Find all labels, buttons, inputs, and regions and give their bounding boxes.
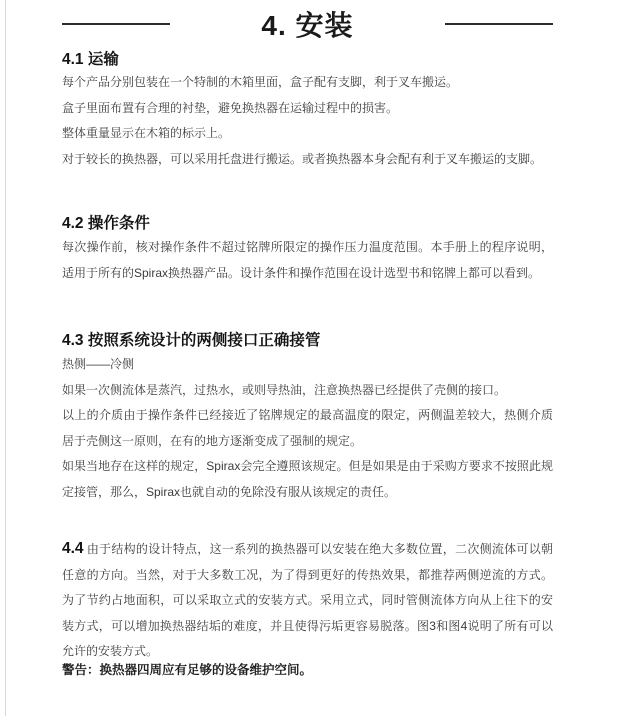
paragraph: 对于较长的换热器，可以采用托盘进行搬运。或者换热器本身会配有利于叉车搬运的支脚。: [62, 147, 553, 173]
section-4-2-body: 每次操作前，核对操作条件不超过铭牌所限定的操作压力温度范围。本手册上的程序说明，…: [62, 235, 553, 286]
section-4-2-heading: 4.2 操作条件: [62, 214, 553, 234]
paragraph: 如果一次侧流体是蒸汽，过热水，或则导热油，注意换热器已经提供了壳侧的接口。: [62, 378, 553, 404]
page-scan-edge: [5, 0, 6, 716]
title-rule-right: [445, 23, 553, 25]
paragraph: 整体重量显示在木箱的标示上。: [62, 121, 553, 147]
paragraph: 盒子里面布置有合理的衬垫，避免换热器在运输过程中的损害。: [62, 96, 553, 122]
section-4-3-body: 热侧——冷侧 如果一次侧流体是蒸汽，过热水，或则导热油，注意换热器已经提供了壳侧…: [62, 352, 553, 505]
warning-text: 警告：换热器四周应有足够的设备维护空间。: [62, 660, 553, 680]
paragraph: 热侧——冷侧: [62, 352, 553, 378]
paragraph: 每个产品分别包装在一个特制的木箱里面，盒子配有支脚，利于叉车搬运。: [62, 70, 553, 96]
paragraph: 每次操作前，核对操作条件不超过铭牌所限定的操作压力温度范围。本手册上的程序说明，…: [62, 235, 553, 286]
paragraph: 以上的介质由于操作条件已经接近了铭牌规定的最高温度的限定，两侧温差较大，热侧介质…: [62, 403, 553, 454]
chapter-title: 4. 安装: [261, 4, 353, 44]
chapter-title-row: 4. 安装: [62, 5, 553, 43]
section-4-1-body: 每个产品分别包装在一个特制的木箱里面，盒子配有支脚，利于叉车搬运。 盒子里面布置…: [62, 70, 553, 172]
section-4-4-number: 4.4: [62, 540, 87, 557]
paragraph: 4.4由于结构的设计特点，这一系列的换热器可以安装在绝大多数位置，二次侧流体可以…: [62, 536, 553, 665]
title-rule-left: [62, 23, 170, 25]
paragraph: 如果当地存在这样的规定，Spirax会完全遵照该规定。但是如果是由于采购方要求不…: [62, 454, 553, 505]
warning-block: 警告：换热器四周应有足够的设备维护空间。: [62, 660, 553, 680]
section-4-4-body: 4.4由于结构的设计特点，这一系列的换热器可以安装在绝大多数位置，二次侧流体可以…: [62, 536, 553, 665]
section-4-1-heading: 4.1 运输: [62, 50, 553, 70]
section-4-4-text: 由于结构的设计特点，这一系列的换热器可以安装在绝大多数位置，二次侧流体可以朝任意…: [62, 542, 553, 658]
section-4-3-heading: 4.3 按照系统设计的两侧接口正确接管: [62, 331, 553, 351]
